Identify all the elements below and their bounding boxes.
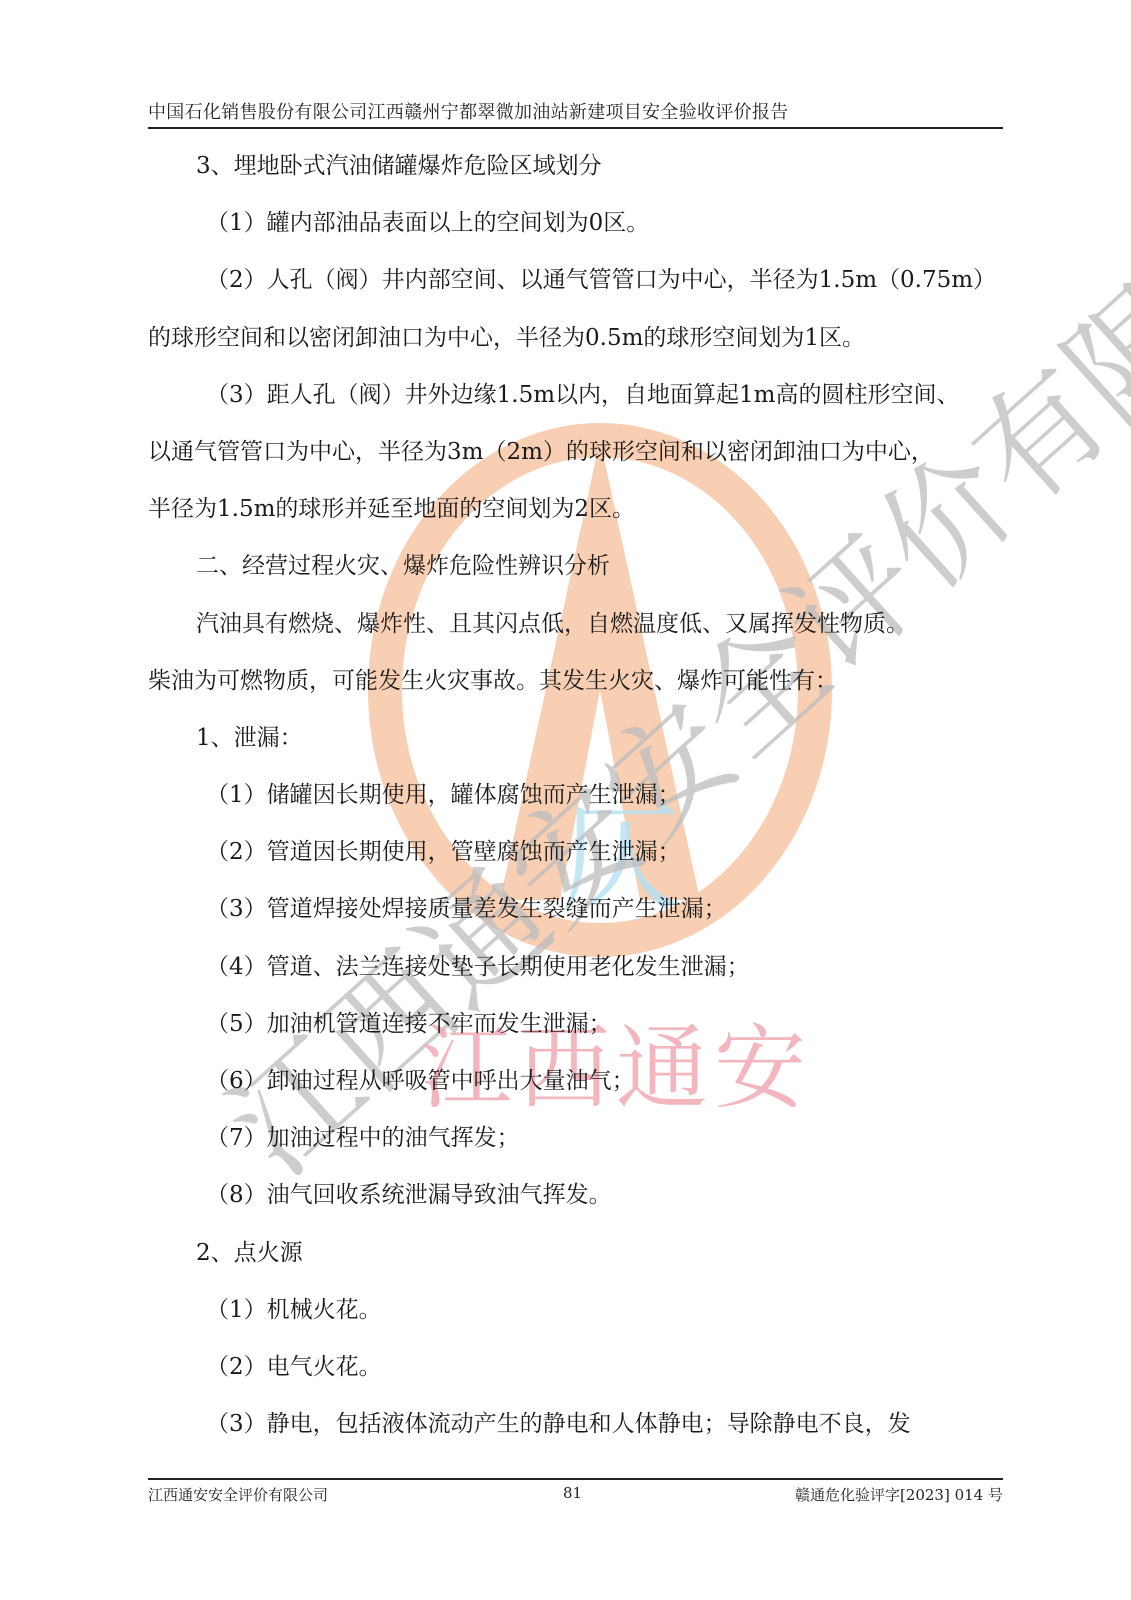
paragraph-line: 以通气管管口为中心，半径为3m（2m）的球形空间和以密闭卸油口为中心，	[148, 432, 1008, 489]
paragraph-line: 的球形空间和以密闭卸油口为中心，半径为0.5m的球形空间划为1区。	[148, 318, 1008, 375]
paragraph-line: （5）加油机管道连接不牢而发生泄漏；	[148, 1004, 1008, 1061]
document-number: 赣通危化验评字[2023] 014 号	[795, 1484, 1003, 1505]
paragraph-line: 半径为1.5m的球形并延至地面的空间划为2区。	[148, 489, 1008, 546]
paragraph-line: （1）机械火花。	[148, 1290, 1008, 1347]
paragraph-line: （3）距人孔（阀）井外边缘1.5m以内，自地面算起1m高的圆柱形空间、	[148, 375, 1008, 432]
paragraph-line: （3）管道焊接处焊接质量差发生裂缝而产生泄漏；	[148, 889, 1008, 946]
paragraph-line: （1）储罐因长期使用，罐体腐蚀而产生泄漏；	[148, 775, 1008, 832]
paragraph-line: （8）油气回收系统泄漏导致油气挥发。	[148, 1175, 1008, 1232]
paragraph-line: （2）电气火花。	[148, 1347, 1008, 1404]
paragraph-line: （3）静电，包括液体流动产生的静电和人体静电；导除静电不良，发	[148, 1404, 1008, 1461]
paragraph-line: （7）加油过程中的油气挥发；	[148, 1118, 1008, 1175]
paragraph-line: 3、埋地卧式汽油储罐爆炸危险区域划分	[148, 146, 1008, 203]
page-header: 中国石化销售股份有限公司江西赣州宁都翠微加油站新建项目安全验收评价报告	[148, 98, 1003, 124]
paragraph-line: （4）管道、法兰连接处垫子长期使用老化发生泄漏；	[148, 947, 1008, 1004]
paragraph-line: 汽油具有燃烧、爆炸性、且其闪点低，自燃温度低、又属挥发性物质。	[148, 604, 1008, 661]
document-body: 3、埋地卧式汽油储罐爆炸危险区域划分（1）罐内部油品表面以上的空间划为0区。（2…	[148, 146, 1008, 1461]
header-divider	[148, 127, 1003, 129]
paragraph-line: （2）管道因长期使用，管壁腐蚀而产生泄漏；	[148, 832, 1008, 889]
paragraph-line: 二、经营过程火灾、爆炸危险性辨识分析	[148, 546, 1008, 603]
paragraph-line: （1）罐内部油品表面以上的空间划为0区。	[148, 203, 1008, 260]
page-number: 81	[563, 1484, 582, 1502]
footer-company: 江西通安安全评价有限公司	[148, 1484, 328, 1505]
paragraph-line: （2）人孔（阀）井内部空间、以通气管管口为中心，半径为1.5m（0.75m）	[148, 260, 1008, 317]
paragraph-line: （6）卸油过程从呼吸管中呼出大量油气；	[148, 1061, 1008, 1118]
footer-divider	[148, 1478, 1003, 1480]
paragraph-line: 柴油为可燃物质，可能发生火灾事故。其发生火灾、爆炸可能性有：	[148, 661, 1008, 718]
paragraph-line: 1、泄漏：	[148, 718, 1008, 775]
paragraph-line: 2、点火源	[148, 1233, 1008, 1290]
